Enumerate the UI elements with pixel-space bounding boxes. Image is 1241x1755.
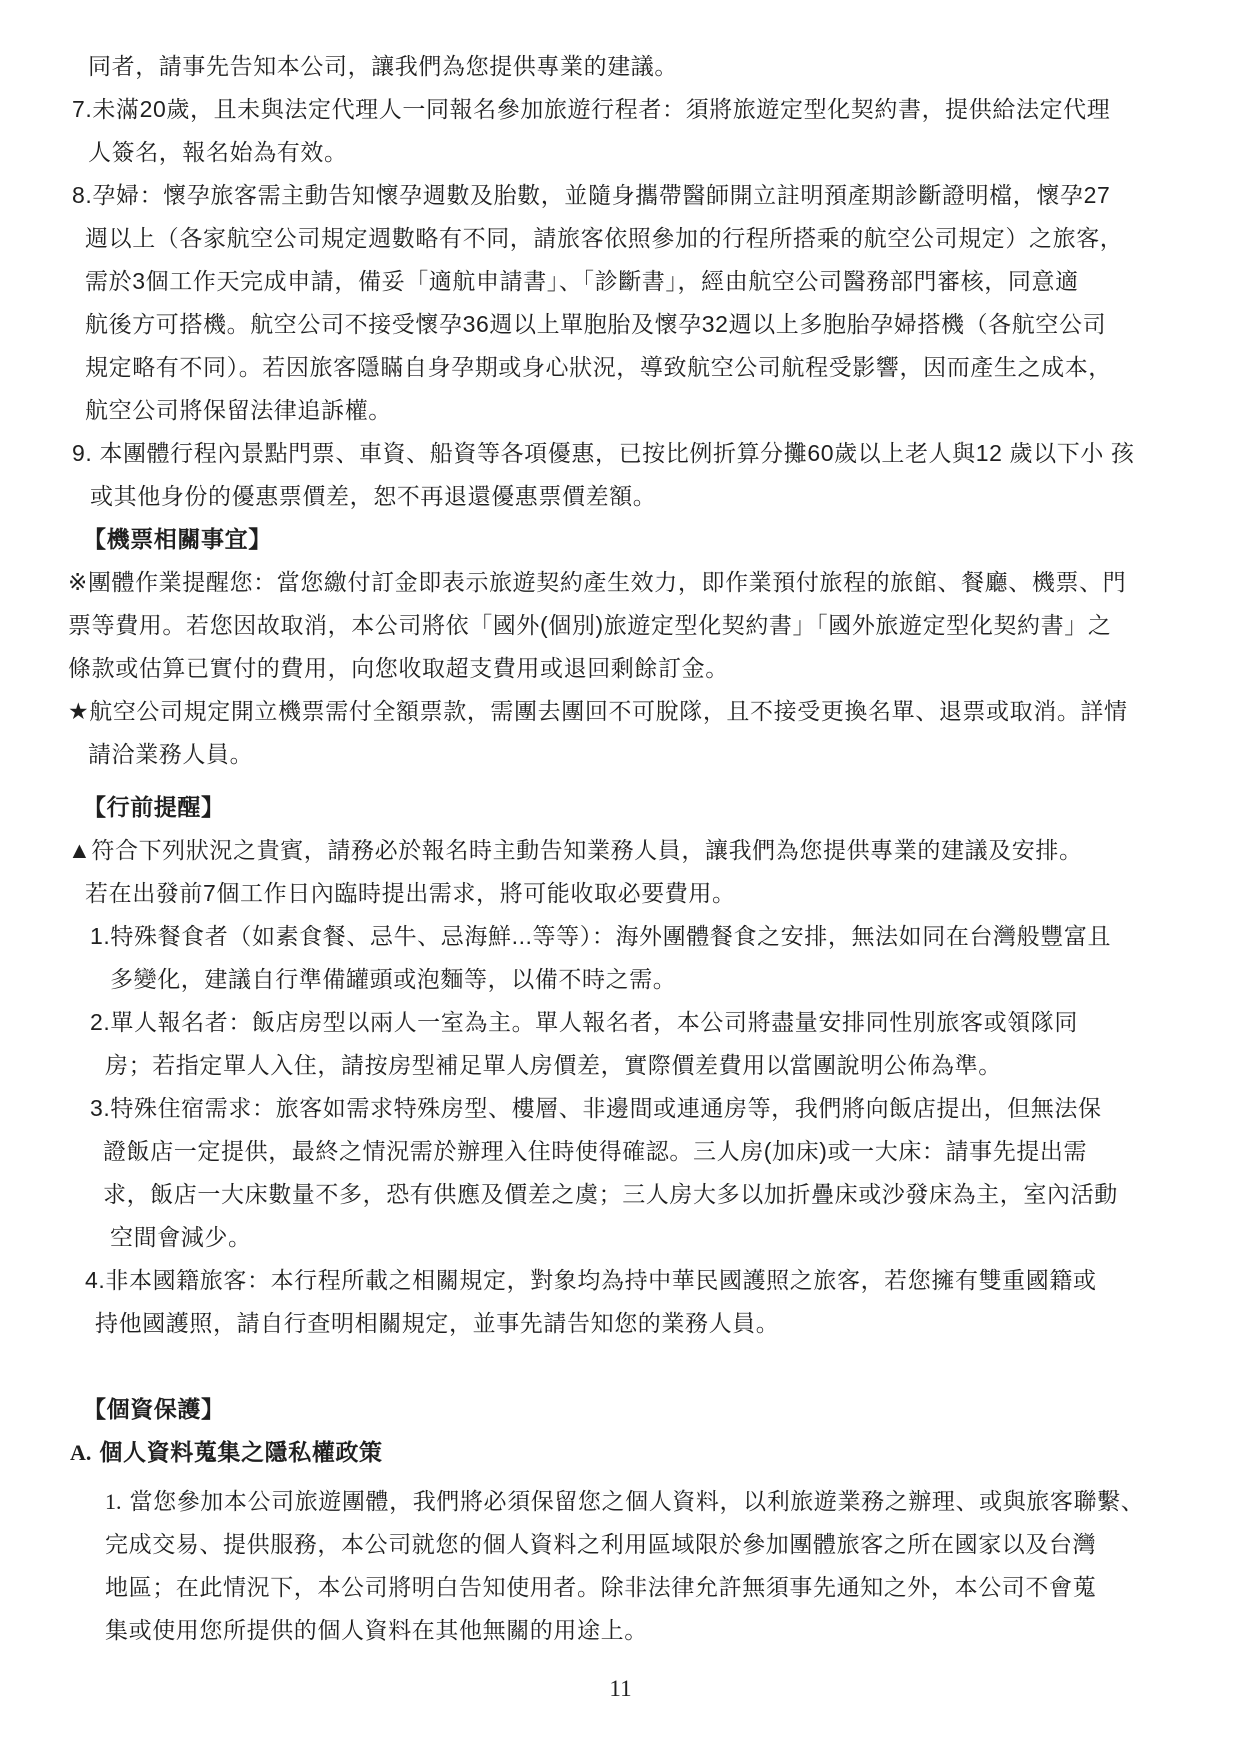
line-text: 多變化，建議自行準備罐頭或泡麵等，以備不時之需。 xyxy=(110,966,676,992)
line-text: 地區；在此情況下，本公司將明白告知使用者。除非法律允許無須事先通知之外，本公司不… xyxy=(105,1574,1096,1600)
text-line: 3.特殊住宿需求：旅客如需求特殊房型、樓層、非邊間或連通房等，我們將向飯店提出，… xyxy=(0,1087,1241,1130)
text-line: 規定略有不同）。若因旅客隱瞞自身孕期或身心狀況，導致航空公司航程受影響，因而產生… xyxy=(0,346,1241,389)
line-text: 證飯店一定提供，最終之情況需於辦理入住時使得確認。三人房(加床)或一大床：請事先… xyxy=(103,1138,1087,1164)
line-text: 票等費用。若您因故取消，本公司將依「國外(個別)旅遊定型化契約書」「國外旅遊定型… xyxy=(68,612,1111,638)
line-text: 4.非本國籍旅客：本行程所載之相關規定，對象均為持中華民國護照之旅客，若您擁有雙… xyxy=(85,1267,1097,1293)
document-page: 同者，請事先告知本公司，讓我們為您提供專業的建議。7.未滿20歲，且未與法定代理… xyxy=(0,0,1241,1755)
text-line: 完成交易、提供服務，本公司就您的個人資料之利用區域限於參加團體旅客之所在國家以及… xyxy=(0,1523,1241,1566)
text-line: 人簽名，報名始為有效。 xyxy=(0,131,1241,174)
text-line: 集或使用您所提供的個人資料在其他無關的用途上。 xyxy=(0,1609,1241,1652)
text-line: 條款或估算已實付的費用，向您收取超支費用或退回剩餘訂金。 xyxy=(0,647,1241,690)
text-line: 空間會減少。 xyxy=(0,1216,1241,1259)
line-text: 完成交易、提供服務，本公司就您的個人資料之利用區域限於參加團體旅客之所在國家以及… xyxy=(105,1531,1096,1557)
text-line: 持他國護照，請自行查明相關規定，並事先請告知您的業務人員。 xyxy=(0,1302,1241,1345)
line-text: 【機票相關事宜】 xyxy=(83,526,272,552)
line-text: ※團體作業提醒您：當您繳付訂金即表示旅遊契約產生效力，即作業預付旅程的旅館、餐廳… xyxy=(68,569,1126,595)
line-text: 持他國護照，請自行查明相關規定，並事先請告知您的業務人員。 xyxy=(95,1310,779,1336)
text-line: 求，飯店一大床數量不多，恐有供應及價差之虞；三人房大多以加折疊床或沙發床為主，室… xyxy=(0,1173,1241,1216)
text-line: 1.當您參加本公司旅遊團體，我們將必須保留您之個人資料，以利旅遊業務之辦理、或與… xyxy=(0,1480,1241,1523)
line-text: 航空公司將保留法律追訴權。 xyxy=(85,397,392,423)
text-line: 地區；在此情況下，本公司將明白告知使用者。除非法律允許無須事先通知之外，本公司不… xyxy=(0,1566,1241,1609)
text-line: ▲符合下列狀況之貴賓，請務必於報名時主動告知業務人員，讓我們為您提供專業的建議及… xyxy=(0,829,1241,872)
line-text: 2.單人報名者：飯店房型以兩人一室為主。單人報名者，本公司將盡量安排同性別旅客或… xyxy=(90,1009,1078,1035)
line-text: 空間會減少。 xyxy=(110,1224,252,1250)
text-line: 票等費用。若您因故取消，本公司將依「國外(個別)旅遊定型化契約書」「國外旅遊定型… xyxy=(0,604,1241,647)
text-line: 多變化，建議自行準備罐頭或泡麵等，以備不時之需。 xyxy=(0,958,1241,1001)
text-line: 【行前提醒】 xyxy=(0,786,1241,829)
line-text: 週以上（各家航空公司規定週數略有不同，請旅客依照參加的行程所搭乘的航空公司規定）… xyxy=(85,225,1123,251)
text-line: 8.孕婦：懷孕旅客需主動告知懷孕週數及胎數，並隨身攜帶醫師開立註明預產期診斷證明… xyxy=(0,174,1241,217)
line-text: ★航空公司規定開立機票需付全額票款，需團去團回不可脫隊，且不接受更換名單、退票或… xyxy=(68,698,1128,724)
text-line: ※團體作業提醒您：當您繳付訂金即表示旅遊契約產生效力，即作業預付旅程的旅館、餐廳… xyxy=(0,561,1241,604)
line-text: 1.特殊餐食者（如素食餐、忌牛、忌海鮮...等等）：海外團體餐食之安排，無法如同… xyxy=(90,923,1111,949)
text-line: 需於3個工作天完成申請，備妥「適航申請書」、「診斷書」，經由航空公司醫務部門審核… xyxy=(0,260,1241,303)
text-line: A.個人資料蒐集之隱私權政策 xyxy=(0,1431,1241,1474)
text-line: 2.單人報名者：飯店房型以兩人一室為主。單人報名者，本公司將盡量安排同性別旅客或… xyxy=(0,1001,1241,1044)
page-number: 11 xyxy=(0,1676,1241,1702)
line-text: 9. 本團體行程內景點門票、車資、船資等各項優惠，已按比例折算分攤60歲以上老人… xyxy=(72,440,1135,466)
line-text: 或其他身份的優惠票價差，恕不再退還優惠票價差額。 xyxy=(90,483,656,509)
text-line: 航空公司將保留法律追訴權。 xyxy=(0,389,1241,432)
text-line: 【機票相關事宜】 xyxy=(0,518,1241,561)
line-text: 條款或估算已實付的費用，向您收取超支費用或退回剩餘訂金。 xyxy=(68,655,729,681)
text-line: 9. 本團體行程內景點門票、車資、船資等各項優惠，已按比例折算分攤60歲以上老人… xyxy=(0,432,1241,475)
line-text: 個人資料蒐集之隱私權政策 xyxy=(99,1439,382,1465)
document-body: 同者，請事先告知本公司，讓我們為您提供專業的建議。7.未滿20歲，且未與法定代理… xyxy=(0,45,1241,1652)
line-text: 7.未滿20歲，且未與法定代理人一同報名參加旅遊行程者：須將旅遊定型化契約書，提… xyxy=(72,96,1110,122)
line-text: 【個資保護】 xyxy=(83,1396,225,1422)
text-line: 房；若指定單人入住，請按房型補足單人房價差，實際價差費用以當團說明公佈為準。 xyxy=(0,1044,1241,1087)
line-text: 若在出發前7個工作日內臨時提出需求，將可能收取必要費用。 xyxy=(85,880,736,906)
line-text: 同者，請事先告知本公司，讓我們為您提供專業的建議。 xyxy=(88,53,678,79)
text-line: 4.非本國籍旅客：本行程所載之相關規定，對象均為持中華民國護照之旅客，若您擁有雙… xyxy=(0,1259,1241,1302)
line-text: 當您參加本公司旅遊團體，我們將必須保留您之個人資料，以利旅遊業務之辦理、或與旅客… xyxy=(130,1488,1145,1514)
line-text: 8.孕婦：懷孕旅客需主動告知懷孕週數及胎數，並隨身攜帶醫師開立註明預產期診斷證明… xyxy=(72,182,1110,208)
text-line: 【個資保護】 xyxy=(0,1388,1241,1431)
text-line: 同者，請事先告知本公司，讓我們為您提供專業的建議。 xyxy=(0,45,1241,88)
text-line: 1.特殊餐食者（如素食餐、忌牛、忌海鮮...等等）：海外團體餐食之安排，無法如同… xyxy=(0,915,1241,958)
line-text: 求，飯店一大床數量不多，恐有供應及價差之虞；三人房大多以加折疊床或沙發床為主，室… xyxy=(103,1181,1118,1207)
line-text: 規定略有不同）。若因旅客隱瞞自身孕期或身心狀況，導致航空公司航程受影響，因而產生… xyxy=(85,354,1112,380)
line-text: 請洽業務人員。 xyxy=(88,741,253,767)
line-text: ▲符合下列狀況之貴賓，請務必於報名時主動告知業務人員，讓我們為您提供專業的建議及… xyxy=(68,837,1083,863)
text-line: ★航空公司規定開立機票需付全額票款，需團去團回不可脫隊，且不接受更換名單、退票或… xyxy=(0,690,1241,733)
line-text: 需於3個工作天完成申請，備妥「適航申請書」、「診斷書」，經由航空公司醫務部門審核… xyxy=(85,268,1079,294)
text-line: 或其他身份的優惠票價差，恕不再退還優惠票價差額。 xyxy=(0,475,1241,518)
text-line: 證飯店一定提供，最終之情況需於辦理入住時使得確認。三人房(加床)或一大床：請事先… xyxy=(0,1130,1241,1173)
line-text: 集或使用您所提供的個人資料在其他無關的用途上。 xyxy=(105,1617,648,1643)
text-line: 週以上（各家航空公司規定週數略有不同，請旅客依照參加的行程所搭乘的航空公司規定）… xyxy=(0,217,1241,260)
text-line: 航後方可搭機。航空公司不接受懷孕36週以上單胞胎及懷孕32週以上多胞胎孕婦搭機（… xyxy=(0,303,1241,346)
line-text: 3.特殊住宿需求：旅客如需求特殊房型、樓層、非邊間或連通房等，我們將向飯店提出，… xyxy=(90,1095,1102,1121)
text-line: 7.未滿20歲，且未與法定代理人一同報名參加旅遊行程者：須將旅遊定型化契約書，提… xyxy=(0,88,1241,131)
line-text: 房；若指定單人入住，請按房型補足單人房價差，實際價差費用以當團說明公佈為準。 xyxy=(105,1052,1002,1078)
blank-line xyxy=(0,1345,1241,1388)
list-marker: 1. xyxy=(105,1489,122,1514)
line-text: 人簽名，報名始為有效。 xyxy=(88,139,348,165)
text-line: 若在出發前7個工作日內臨時提出需求，將可能收取必要費用。 xyxy=(0,872,1241,915)
line-text: 【行前提醒】 xyxy=(83,794,225,820)
line-text: 航後方可搭機。航空公司不接受懷孕36週以上單胞胎及懷孕32週以上多胞胎孕婦搭機（… xyxy=(85,311,1106,337)
list-marker: A. xyxy=(70,1440,91,1465)
text-line: 請洽業務人員。 xyxy=(0,733,1241,776)
